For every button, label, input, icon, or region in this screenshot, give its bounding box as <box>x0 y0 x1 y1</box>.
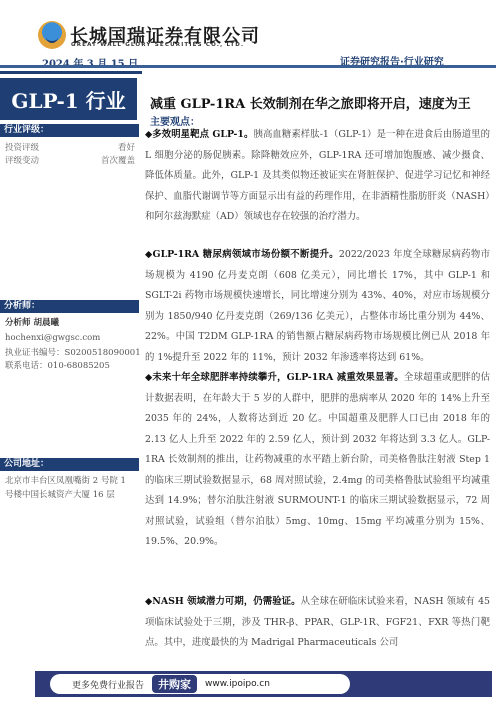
rating-row-change: 评级变动 首次覆盖 <box>5 154 135 166</box>
key-point-lead: ◆GLP-1RA 糖尿病领域市场份额不断提升。 <box>145 249 339 260</box>
key-point-body: 2022/2023 年度全球糖尿病药物市场规模为 4190 亿丹麦克朗（608 … <box>145 249 490 363</box>
sidebar-divider <box>0 71 142 74</box>
analyst-name: 分析师 胡晨曦 <box>5 316 59 328</box>
company-address: 北京市丰台区凤凰嘴街 2 号院 1 号楼中国长城资产大厦 16 层 <box>5 474 135 502</box>
promo-text: 更多免费行业报告 <box>72 678 144 691</box>
key-point-4: ◆NASH 领域潜力可期，仍需验证。从全球在研临床试验来看，NASH 领域有 4… <box>145 592 490 654</box>
key-point-body: 胰高血糖素样肽-1（GLP-1）是一种在进食后由肠道里的 L 细胞分泌的肠促胰素… <box>145 129 490 222</box>
key-point-lead: ◆多效明星靶点 GLP-1。 <box>145 129 254 140</box>
analyst-email[interactable]: hochenxi@gwgsc.com <box>5 333 100 343</box>
report-title: 减重 GLP-1RA 长效制剂在华之旅即将开启，速度为王 <box>150 93 471 112</box>
company-name-en: GREAT WALL GLORY SECURITIES CO., LTD. <box>71 42 244 48</box>
key-point-lead: ◆NASH 领域潜力可期，仍需验证。 <box>145 596 301 607</box>
key-point-body: 全球超重或肥胖的估计数据表明，在年龄大于 5 岁的人群中，肥胖的患病率从 202… <box>145 372 490 547</box>
promo-url[interactable]: www.ipoipo.cn <box>205 679 270 689</box>
rating-label: 评级变动 <box>5 154 39 166</box>
key-point-lead: ◆未来十年全球肥胖率持续攀升，GLP-1RA 减重效果显著。 <box>145 372 404 383</box>
header-divider <box>0 65 496 68</box>
rating-value: 首次覆盖 <box>101 154 135 166</box>
rating-row-investment: 投资评级 看好 <box>5 141 135 153</box>
analyst-phone: 联系电话：010-68085205 <box>5 359 110 371</box>
key-point-2: ◆GLP-1RA 糖尿病领域市场份额不断提升。2022/2023 年度全球糖尿病… <box>145 245 490 368</box>
rating-label: 投资评级 <box>5 141 39 153</box>
rating-header: 行业评级： <box>0 124 139 137</box>
promo-pill[interactable]: 更多免费行业报告 井购家 www.ipoipo.cn <box>50 674 350 694</box>
company-logo <box>38 21 66 49</box>
key-point-3: ◆未来十年全球肥胖率持续攀升，GLP-1RA 减重效果显著。全球超重或肥胖的估计… <box>145 368 490 553</box>
industry-title: GLP-1 行业 <box>0 78 137 120</box>
analyst-cert-no: 执业证书编号：S0200518090001 <box>5 346 141 358</box>
rating-value: 看好 <box>118 141 135 153</box>
analyst-header: 分析师： <box>0 300 139 313</box>
address-header: 公司地址： <box>0 458 139 471</box>
key-point-1: ◆多效明星靶点 GLP-1。胰高血糖素样肽-1（GLP-1）是一种在进食后由肠道… <box>145 125 490 228</box>
promo-brand: 井购家 <box>152 675 197 693</box>
